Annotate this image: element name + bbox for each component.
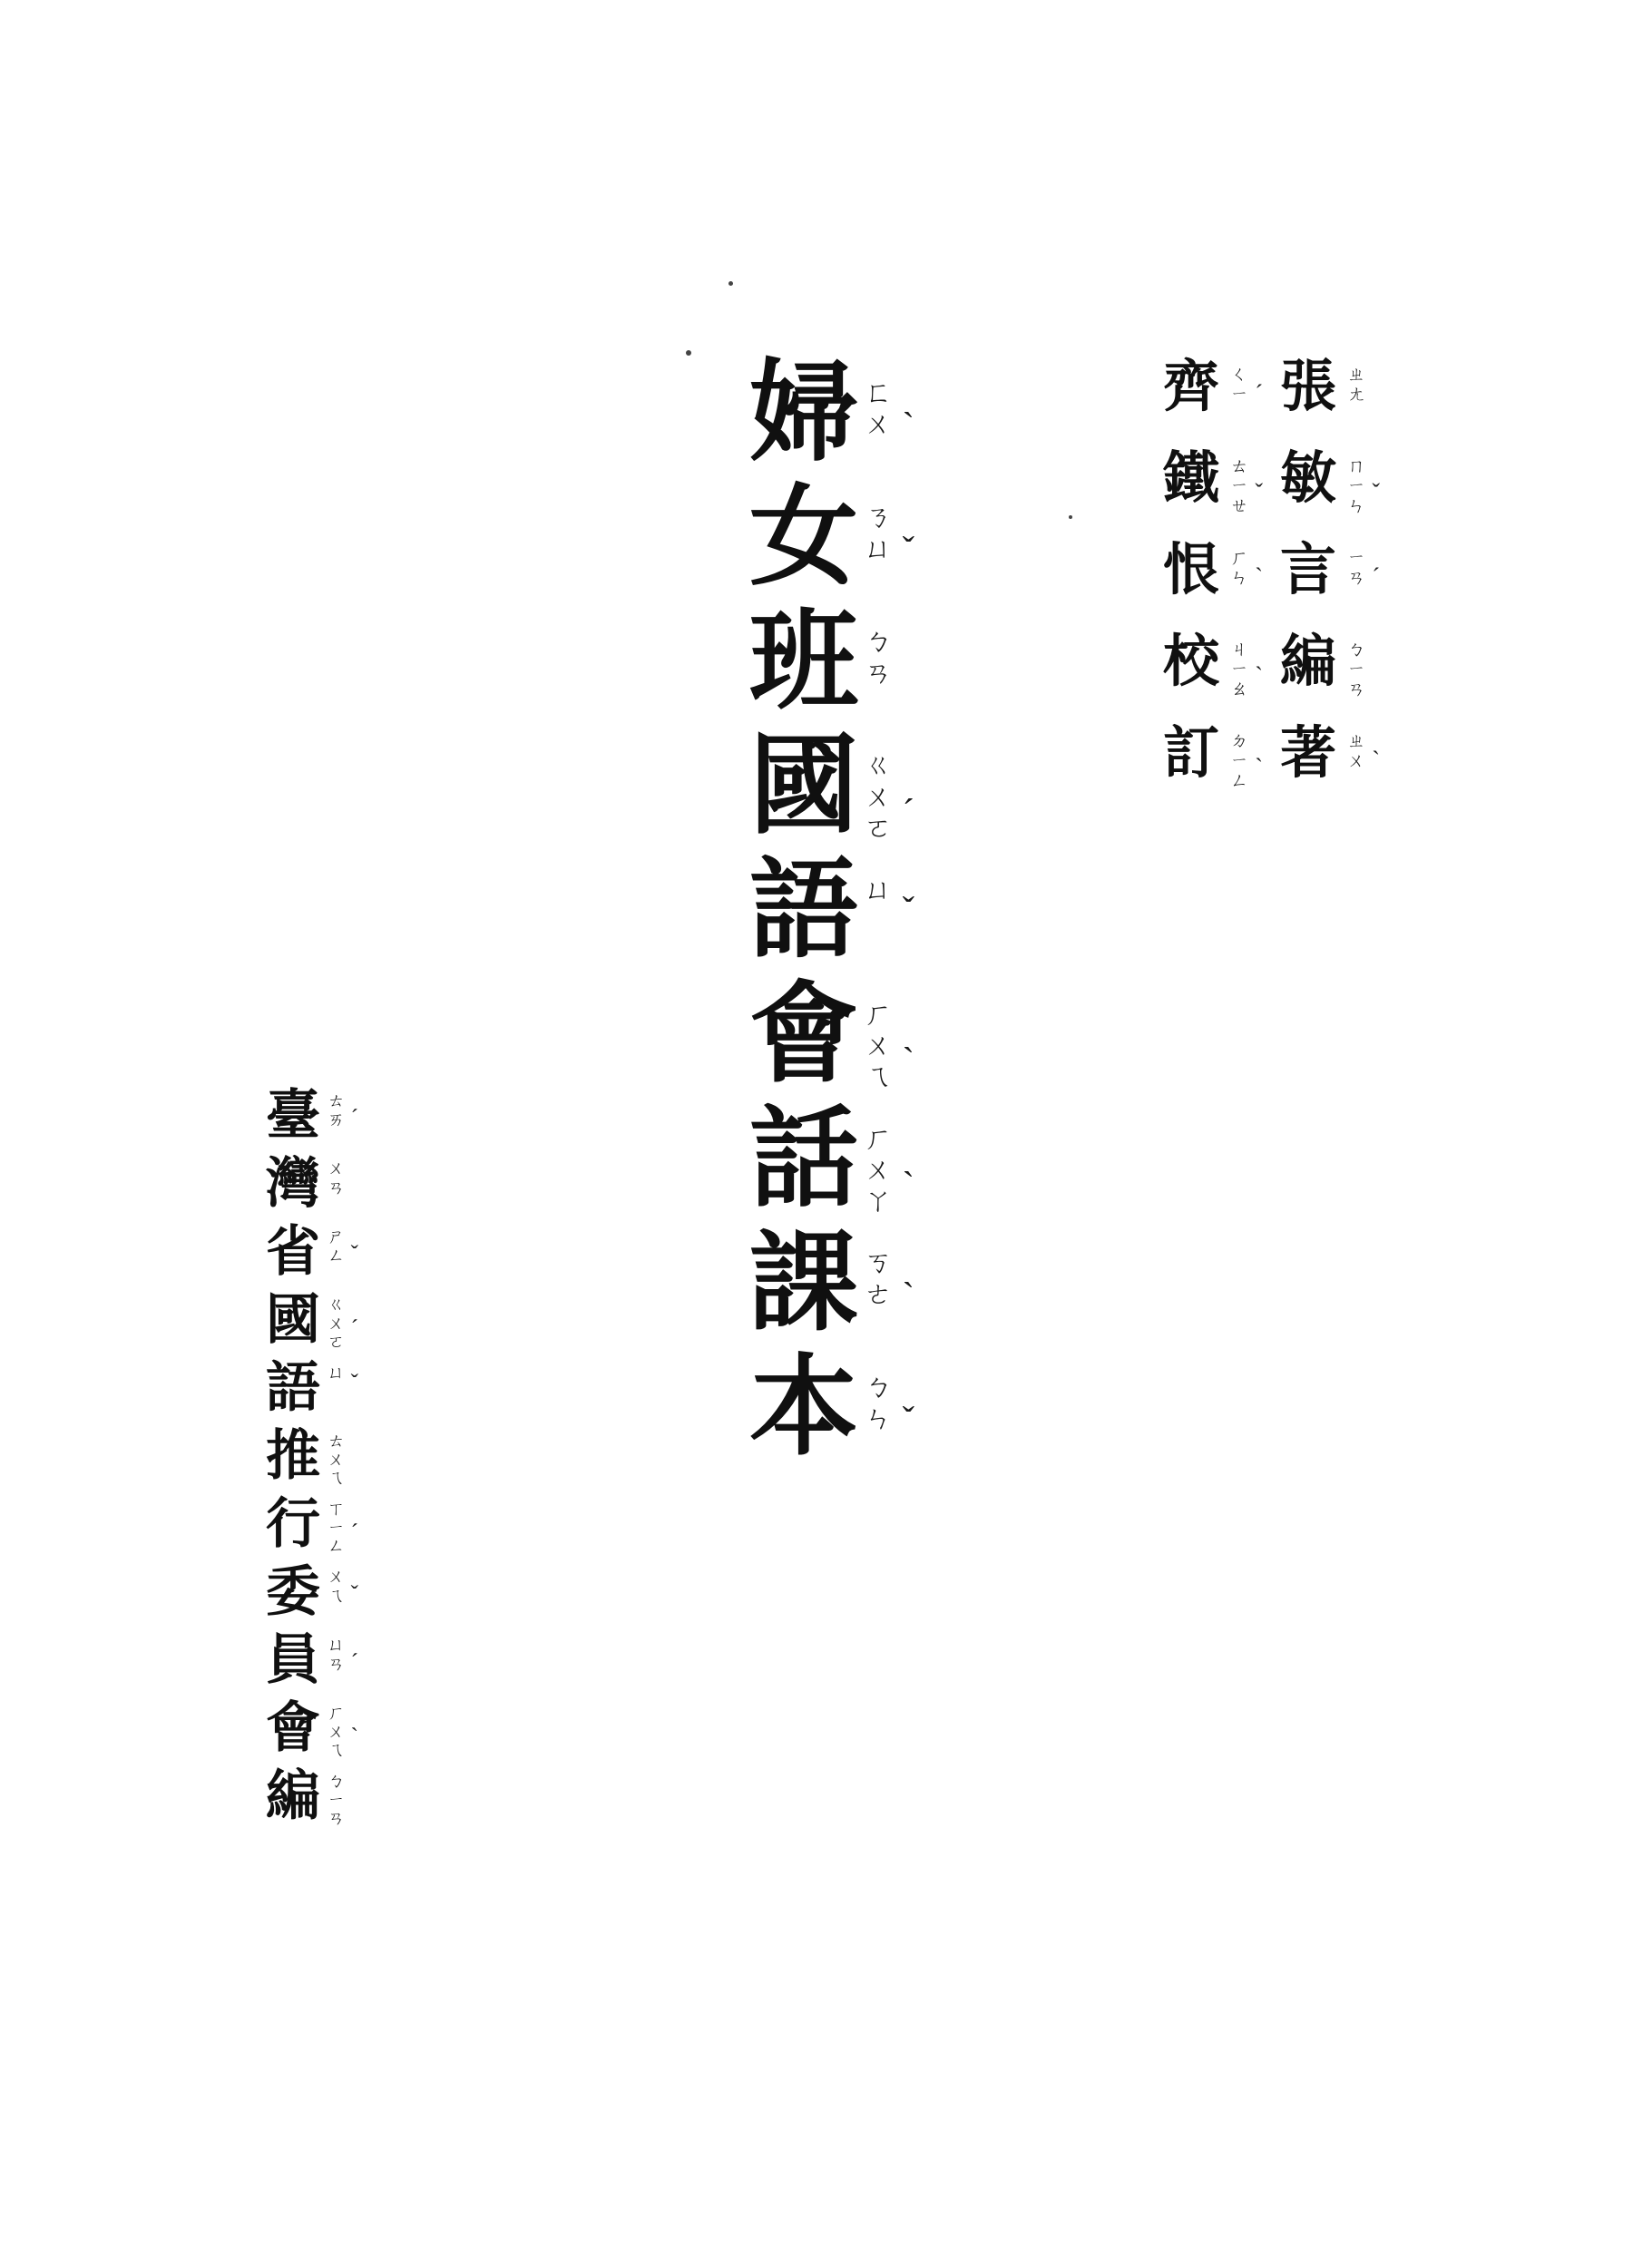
char-cell: 婦ㄈㄨˋ [749,359,895,484]
zhuyin-annotation: ㄏㄨㄟˋ [327,1705,346,1761]
bopomofo-glyph: ㄣ [1347,496,1365,516]
char-cell: 齊ㄑㄧˊ [1156,359,1249,451]
char-cell: 張ㄓㄤ [1273,359,1366,451]
bopomofo-glyph: ㄧ [1230,660,1248,679]
hanzi-glyph: 著 [1273,726,1344,782]
tone-mark: ˇ [903,1398,914,1441]
bopomofo-glyph: ㄟ [328,1742,345,1761]
bopomofo-glyph: ㄨ [1347,751,1365,771]
zhuyin-annotation: ㄅㄣˇ [862,1372,895,1434]
tone-mark: ˋ [351,1725,358,1750]
bopomofo-glyph: ㄩ [865,533,893,565]
char-cell: 會ㄏㄨㄟˋ [261,1701,346,1769]
bopomofo-glyph: ㄇ [1347,456,1365,476]
bopomofo-glyph: ㄨ [328,1160,345,1179]
zhuyin-annotation: ㄈㄨˋ [862,377,895,440]
bopomofo-glyph: ㄠ [1230,679,1248,699]
tone-mark: ˇ [1372,479,1380,506]
bopomofo-glyph: ㄨ [865,409,893,441]
char-cell: 訂ㄉㄧㄥˋ [1156,726,1249,817]
tone-mark: ˇ [903,888,914,931]
bopomofo-glyph: ㄜ [865,1279,893,1311]
bopomofo-glyph: ㄊ [1230,456,1248,476]
zhuyin-annotation: ㄇㄧㄣˇ [1346,456,1366,516]
bopomofo-glyph: ㄩ [865,875,893,906]
bopomofo-glyph: ㄟ [328,1588,345,1607]
hanzi-glyph: 編 [261,1769,325,1823]
author-column: 張ㄓㄤ敏ㄇㄧㄣˇ言ㄧㄢˊ編ㄅㄧㄢ著ㄓㄨˋ [1273,359,1366,817]
hanzi-glyph: 齊 [1156,359,1227,415]
bopomofo-glyph: ㄧ [328,1520,345,1539]
char-cell: 本ㄅㄣˇ [749,1354,895,1478]
zhuyin-annotation: ㄎㄜˋ [862,1247,895,1310]
bopomofo-glyph: ㄍ [328,1296,345,1315]
bopomofo-glyph: ㄍ [865,750,893,782]
bopomofo-glyph: ㄤ [1347,385,1365,405]
bopomofo-glyph: ㄧ [1230,476,1248,496]
hanzi-glyph: 話 [749,1105,856,1214]
tone-mark: ˋ [1372,747,1380,774]
zhuyin-annotation: ㄊㄨㄟ [327,1432,346,1489]
tone-mark: ˇ [351,1242,358,1267]
tone-mark: ˇ [903,528,914,571]
hanzi-glyph: 本 [749,1354,856,1462]
hanzi-glyph: 灣 [261,1157,325,1211]
tone-mark: ˋ [903,1163,914,1206]
bopomofo-glyph: ㄊ [328,1432,345,1452]
bopomofo-glyph: ㄨ [328,1315,345,1334]
hanzi-glyph: 言 [1273,543,1344,599]
bopomofo-glyph: ㄨ [865,1155,893,1187]
char-cell: 著ㄓㄨˋ [1273,726,1366,817]
zhuyin-annotation: ㄍㄨㄛˊ [862,750,895,845]
bopomofo-glyph: ㄧ [1230,385,1248,405]
zhuyin-annotation: ㄐㄧㄠˋ [1229,640,1249,699]
tone-mark: ˇ [1255,479,1263,506]
hanzi-glyph: 會 [749,981,856,1090]
char-cell: 會ㄏㄨㄟˋ [749,981,895,1105]
zhuyin-annotation: ㄑㄧˊ [1229,365,1249,405]
hanzi-glyph: 臺 [261,1089,325,1143]
char-cell: 國ㄍㄨㄛˊ [749,732,895,856]
bopomofo-glyph: ㄩ [328,1637,345,1656]
tone-mark: ˋ [1255,563,1263,591]
hanzi-glyph: 婦 [749,359,856,468]
char-cell: 國ㄍㄨㄛˊ [261,1293,346,1361]
hanzi-glyph: 省 [261,1225,325,1279]
bopomofo-glyph: ㄈ [865,377,893,409]
hanzi-glyph: 國 [261,1293,325,1347]
char-cell: 語ㄩˇ [261,1361,346,1429]
char-cell: 課ㄎㄜˋ [749,1229,895,1354]
bopomofo-glyph: ㄏ [865,999,893,1031]
char-cell: 委ㄨㄟˇ [261,1565,346,1633]
zhuyin-annotation: ㄓㄤ [1346,365,1366,405]
bopomofo-glyph: ㄢ [865,658,893,689]
tone-mark: ˋ [903,404,914,446]
zhuyin-annotation: ㄅㄧㄢ [327,1773,346,1829]
book-title-column: 婦ㄈㄨˋ女ㄋㄩˇ班ㄅㄢ國ㄍㄨㄛˊ語ㄩˇ會ㄏㄨㄟˋ話ㄏㄨㄚˋ課ㄎㄜˋ本ㄅㄣˇ [749,359,895,1478]
bopomofo-glyph: ㄏ [1230,548,1248,568]
zhuyin-annotation: ㄩㄢˊ [327,1637,346,1674]
bopomofo-glyph: ㄧ [328,1792,345,1811]
zhuyin-annotation: ㄒㄧㄥˊ [327,1501,346,1557]
zhuyin-annotation: ㄊㄧㄝˇ [1229,456,1249,516]
bopomofo-glyph: ㄧ [1230,751,1248,771]
bopomofo-glyph: ㄕ [328,1228,345,1247]
bopomofo-glyph: ㄢ [328,1656,345,1675]
bopomofo-glyph: ㄞ [328,1111,345,1130]
bopomofo-glyph: ㄧ [1347,660,1365,679]
hanzi-glyph: 課 [749,1229,856,1338]
bopomofo-glyph: ㄏ [865,1123,893,1155]
char-cell: 灣ㄨㄢ [261,1157,346,1225]
char-cell: 推ㄊㄨㄟ [261,1429,346,1497]
hanzi-glyph: 編 [1273,634,1344,690]
bopomofo-glyph: ㄓ [1347,731,1365,751]
bopomofo-glyph: ㄢ [1347,679,1365,699]
bopomofo-glyph: ㄥ [1230,771,1248,791]
char-cell: 言ㄧㄢˊ [1273,543,1366,634]
zhuyin-annotation: ㄨㄢ [327,1160,346,1198]
zhuyin-annotation: ㄩˇ [862,875,895,906]
zhuyin-annotation: ㄧㄢˊ [1346,548,1366,588]
scan-speck [1069,515,1072,519]
zhuyin-annotation: ㄅㄧㄢ [1346,640,1366,699]
hanzi-glyph: 敏 [1273,451,1344,507]
char-cell: 行ㄒㄧㄥˊ [261,1497,346,1565]
char-cell: 編ㄅㄧㄢ [1273,634,1366,726]
bopomofo-glyph: ㄥ [328,1538,345,1557]
char-cell: 恨ㄏㄣˋ [1156,543,1249,634]
bopomofo-glyph: ㄩ [328,1364,345,1383]
zhuyin-annotation: ㄅㄢ [862,626,895,689]
tone-mark: ˇ [351,1582,358,1608]
bopomofo-glyph: ㄉ [1230,731,1248,751]
tone-mark: ˊ [351,1650,358,1676]
publisher-column: 臺ㄊㄞˊ灣ㄨㄢ省ㄕㄥˇ國ㄍㄨㄛˊ語ㄩˇ推ㄊㄨㄟ行ㄒㄧㄥˊ委ㄨㄟˇ員ㄩㄢˊ會ㄏㄨㄟ… [261,1089,346,1837]
bopomofo-glyph: ㄒ [328,1501,345,1520]
reviser-column: 齊ㄑㄧˊ鐵ㄊㄧㄝˇ恨ㄏㄣˋ校ㄐㄧㄠˋ訂ㄉㄧㄥˋ [1156,359,1249,817]
hanzi-glyph: 班 [749,608,856,717]
bopomofo-glyph: ㄨ [865,1031,893,1062]
tone-mark: ˊ [351,1316,358,1342]
zhuyin-annotation: ㄓㄨˋ [1346,731,1366,771]
scan-speck [686,350,691,356]
bopomofo-glyph: ㄅ [865,626,893,658]
bopomofo-glyph: ㄣ [865,1403,893,1435]
bopomofo-glyph: ㄨ [865,782,893,814]
char-cell: 鐵ㄊㄧㄝˇ [1156,451,1249,543]
bopomofo-glyph: ㄛ [328,1334,345,1353]
bopomofo-glyph: ㄑ [1230,365,1248,385]
tone-mark: ˊ [1255,380,1263,407]
bopomofo-glyph: ㄓ [1347,365,1365,385]
bopomofo-glyph: ㄋ [865,502,893,533]
bopomofo-glyph: ㄅ [328,1773,345,1792]
hanzi-glyph: 推 [261,1429,325,1483]
char-cell: 員ㄩㄢˊ [261,1633,346,1701]
bopomofo-glyph: ㄢ [1347,568,1365,588]
char-cell: 臺ㄊㄞˊ [261,1089,346,1157]
tone-mark: ˋ [1255,754,1263,781]
zhuyin-annotation: ㄕㄥˇ [327,1228,346,1266]
bopomofo-glyph: ㄨ [328,1724,345,1743]
tone-mark: ˋ [903,1274,914,1316]
hanzi-glyph: 訂 [1156,726,1227,782]
zhuyin-annotation: ㄍㄨㄛˊ [327,1296,346,1353]
hanzi-glyph: 張 [1273,359,1344,415]
bopomofo-glyph: ㄧ [1347,548,1365,568]
char-cell: 女ㄋㄩˇ [749,484,895,608]
hanzi-glyph: 語 [749,856,856,965]
bopomofo-glyph: ㄛ [865,813,893,845]
zhuyin-annotation: ㄨㄟˇ [327,1569,346,1606]
tone-mark: ˋ [1255,662,1263,689]
zhuyin-annotation: ㄏㄨㄚˋ [862,1123,895,1217]
tone-mark: ˇ [351,1371,358,1396]
bopomofo-glyph: ㄅ [1347,640,1365,660]
bopomofo-glyph: ㄏ [328,1705,345,1724]
bopomofo-glyph: ㄢ [328,1179,345,1198]
bopomofo-glyph: ㄟ [328,1470,345,1489]
zhuyin-annotation: ㄏㄣˋ [1229,548,1249,588]
char-cell: 語ㄩˇ [749,856,895,981]
hanzi-glyph: 行 [261,1497,325,1551]
bopomofo-glyph: ㄐ [1230,640,1248,660]
scan-speck [728,281,733,286]
bopomofo-glyph: ㄢ [328,1810,345,1829]
char-cell: 省ㄕㄥˇ [261,1225,346,1293]
hanzi-glyph: 恨 [1156,543,1227,599]
bopomofo-glyph: ㄣ [1230,568,1248,588]
bopomofo-glyph: ㄎ [865,1247,893,1279]
hanzi-glyph: 鐵 [1156,451,1227,507]
char-cell: 編ㄅㄧㄢ [261,1769,346,1837]
hanzi-glyph: 國 [749,732,856,841]
zhuyin-annotation: ㄩˇ [327,1364,346,1383]
hanzi-glyph: 女 [749,484,856,592]
zhuyin-annotation: ㄉㄧㄥˋ [1229,731,1249,791]
hanzi-glyph: 委 [261,1565,325,1619]
bopomofo-glyph: ㄊ [328,1092,345,1111]
char-cell: 話ㄏㄨㄚˋ [749,1105,895,1229]
zhuyin-annotation: ㄋㄩˇ [862,502,895,564]
bopomofo-glyph: ㄝ [1230,496,1248,516]
tone-mark: ˊ [1372,563,1380,591]
scanned-page: 婦ㄈㄨˋ女ㄋㄩˇ班ㄅㄢ國ㄍㄨㄛˊ語ㄩˇ會ㄏㄨㄟˋ話ㄏㄨㄚˋ課ㄎㄜˋ本ㄅㄣˇ 張ㄓ… [0,0,1633,2268]
char-cell: 校ㄐㄧㄠˋ [1156,634,1249,726]
bopomofo-glyph: ㄧ [1347,476,1365,496]
tone-mark: ˊ [903,790,914,833]
bopomofo-glyph: ㄟ [865,1061,893,1093]
tone-mark: ˋ [903,1039,914,1081]
bopomofo-glyph: ㄨ [328,1569,345,1588]
bopomofo-glyph: ㄨ [328,1452,345,1471]
hanzi-glyph: 會 [261,1701,325,1755]
hanzi-glyph: 校 [1156,634,1227,690]
zhuyin-annotation: ㄊㄞˊ [327,1092,346,1129]
tone-mark: ˊ [351,1520,358,1546]
bopomofo-glyph: ㄅ [865,1372,893,1403]
char-cell: 班ㄅㄢ [749,608,895,732]
bopomofo-glyph: ㄚ [865,1186,893,1217]
hanzi-glyph: 語 [261,1361,325,1415]
zhuyin-annotation: ㄏㄨㄟˋ [862,999,895,1093]
char-cell: 敏ㄇㄧㄣˇ [1273,451,1366,543]
hanzi-glyph: 員 [261,1633,325,1687]
bopomofo-glyph: ㄥ [328,1247,345,1266]
tone-mark: ˊ [351,1106,358,1131]
